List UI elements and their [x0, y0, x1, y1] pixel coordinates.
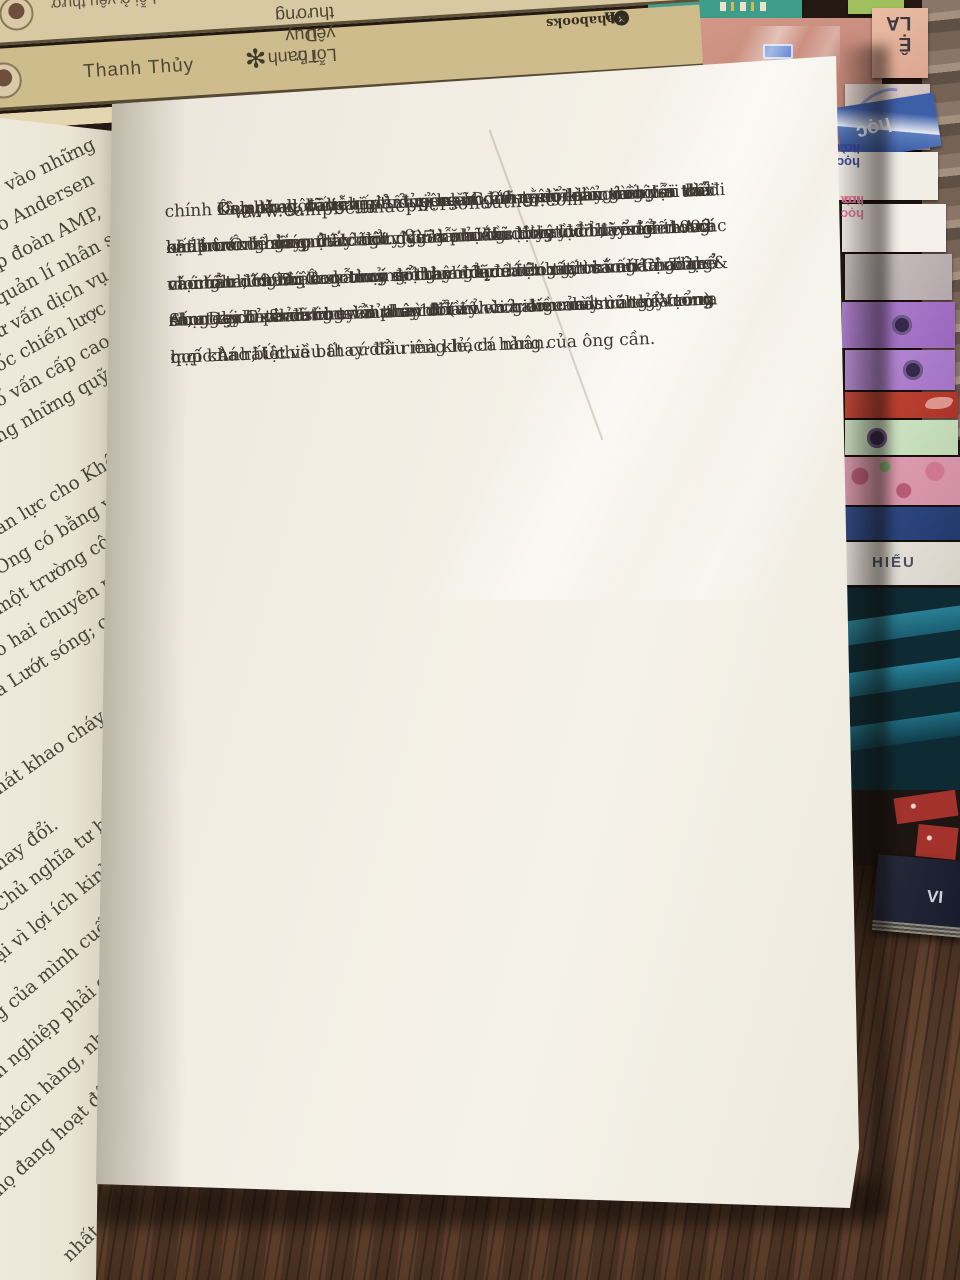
red-patterned-cloth	[915, 824, 958, 860]
flower-icon: ✻	[244, 44, 268, 75]
teal-spine-art	[720, 2, 766, 11]
red-patterned-cloth	[893, 790, 958, 824]
author-portrait-icon	[0, 61, 23, 99]
script-mark	[923, 397, 956, 409]
author-portrait-icon	[0, 0, 35, 32]
upside-down-spine-letters: Ệ LA	[886, 12, 911, 54]
book-photo-scene: TỘI Ệ LA học học tròhoa học tròhoa HIẾU …	[0, 0, 960, 1280]
spine-author-left: Thanh Thủy	[83, 54, 195, 83]
upper-spine-title: Lỗi ở yêu thươ	[50, 0, 156, 12]
right-page: chính là những con người của họ. Con ngư…	[0, 0, 960, 1280]
vi-spine-text: VI	[926, 887, 944, 908]
circle-logo-icon	[903, 360, 923, 380]
page-body-text: chính là những con người của họ. Con ngư…	[164, 170, 784, 256]
spine-title-upside-down: Lỗi ở yêu thương Thanh Duy	[318, 44, 337, 66]
circle-logo-icon	[892, 315, 912, 335]
